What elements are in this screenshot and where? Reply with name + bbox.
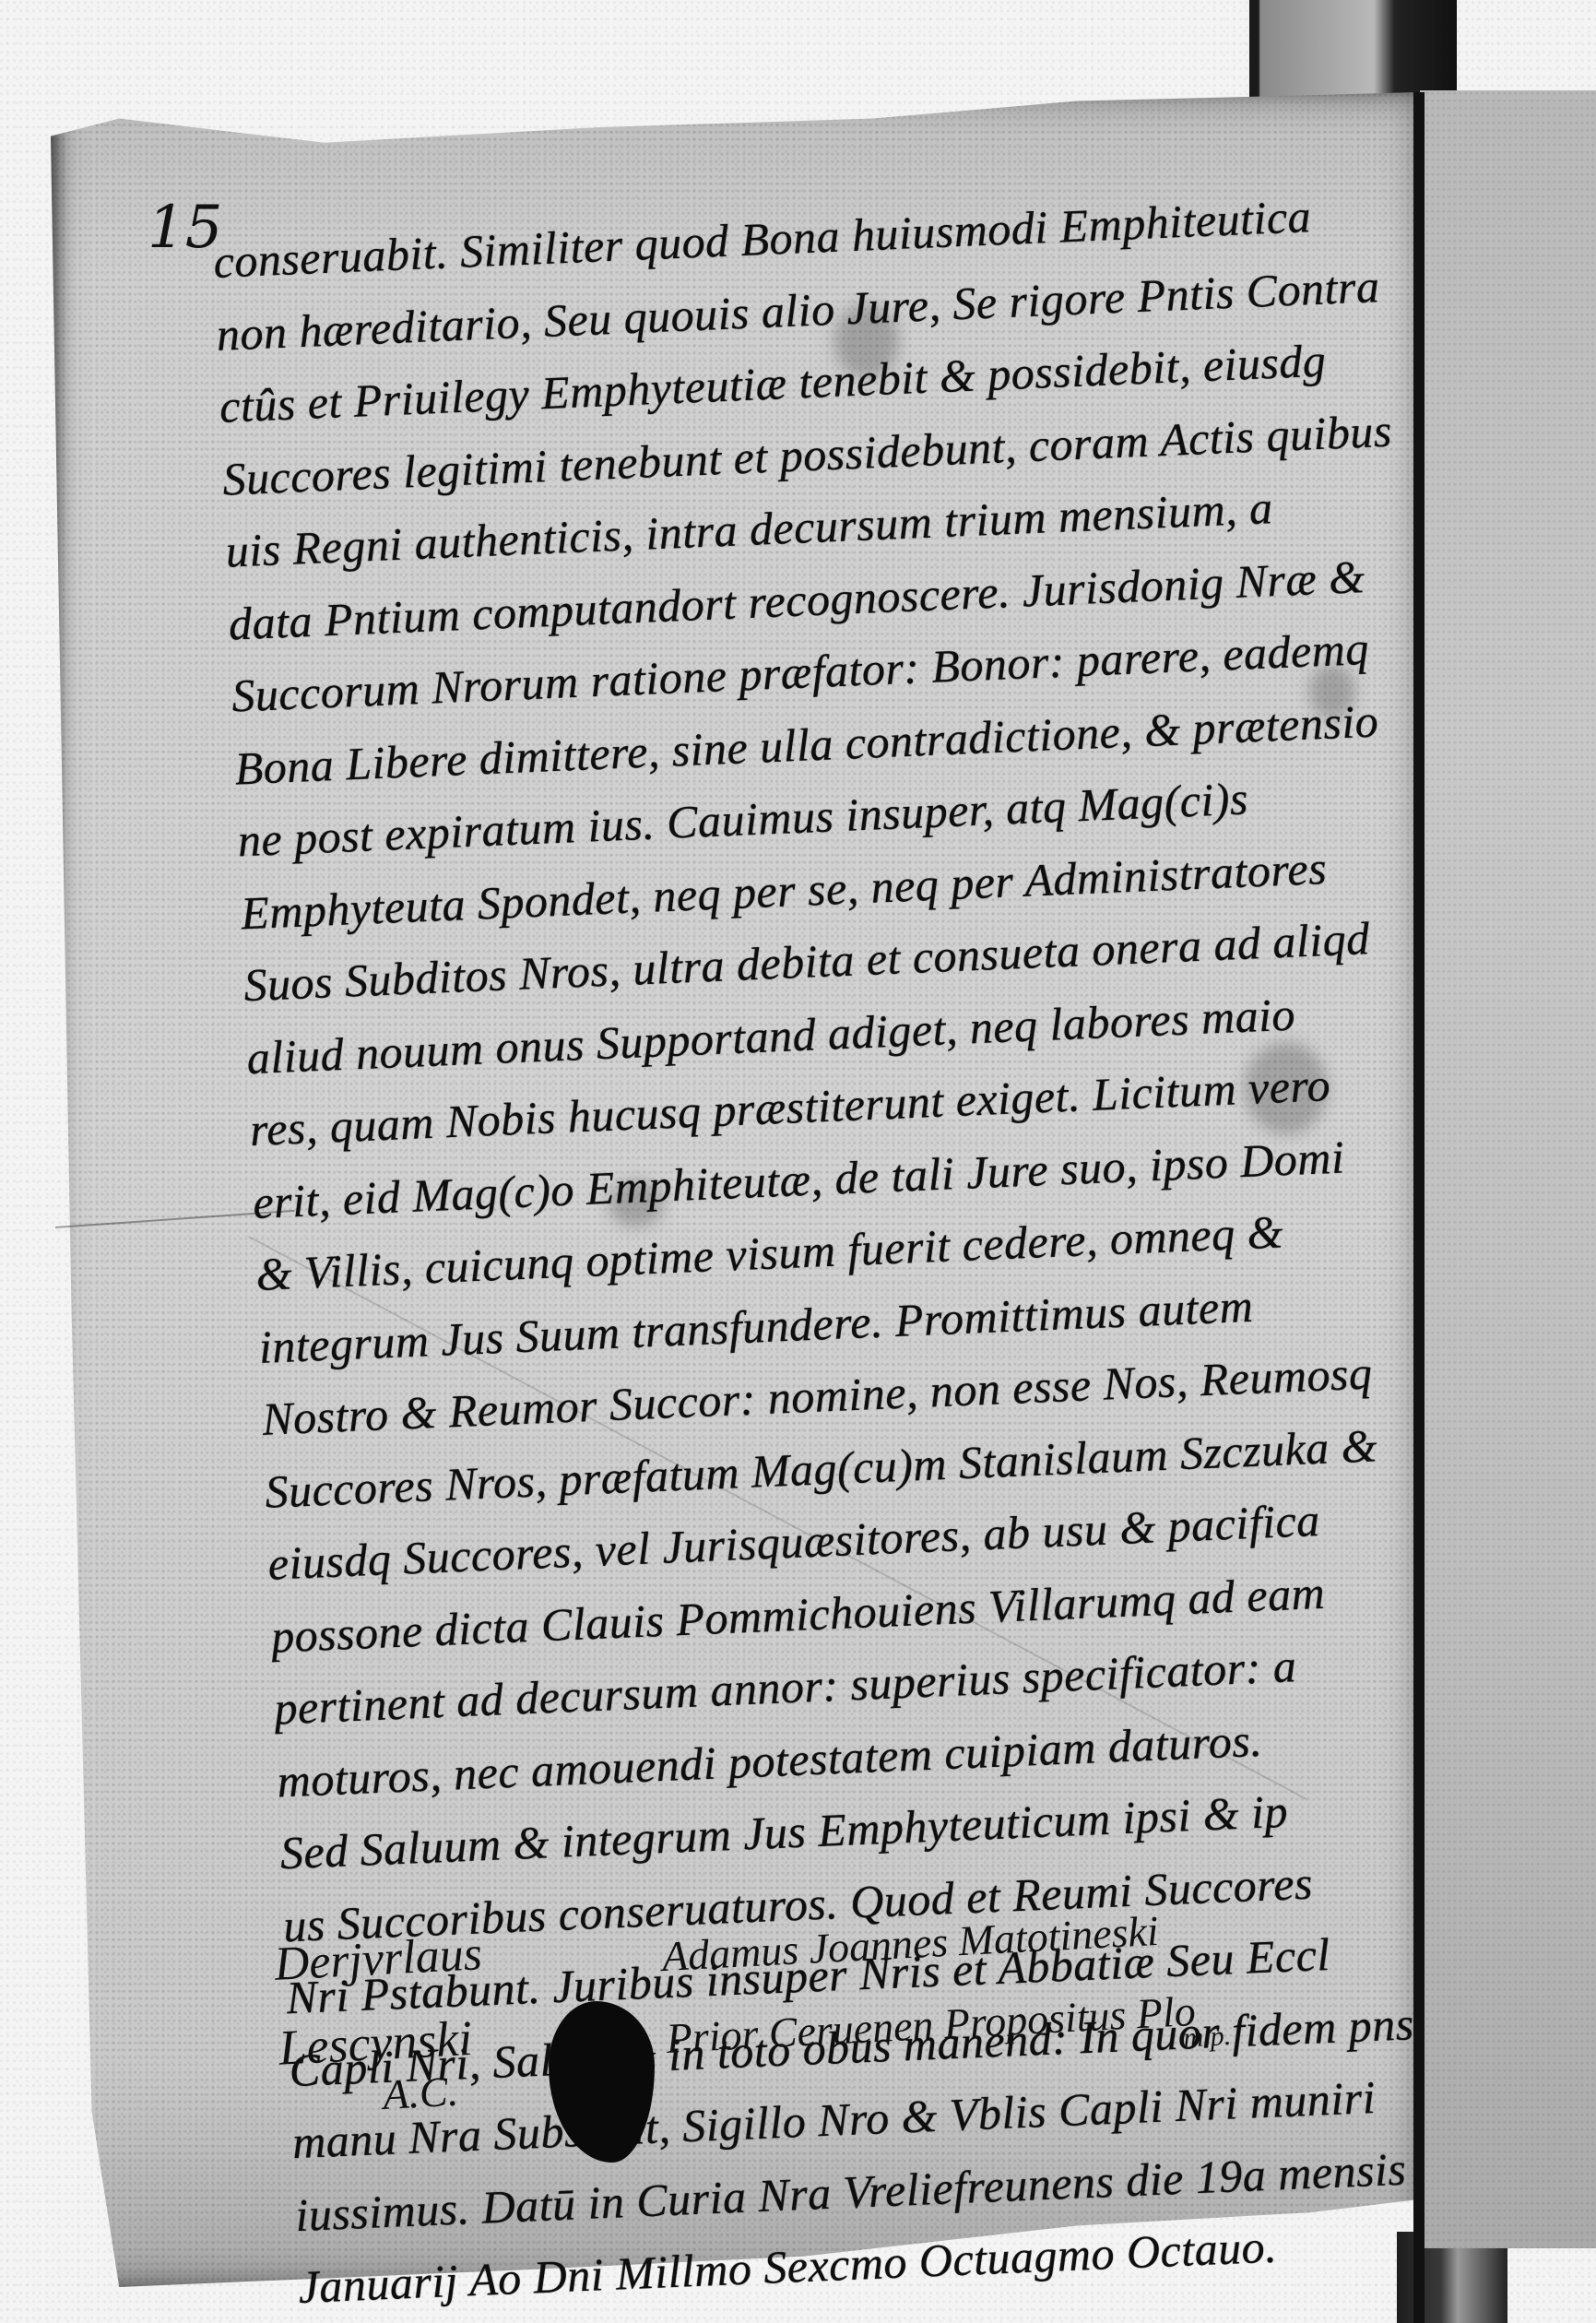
signature-left: Derjvrlaus Lescynski A.C. <box>273 1926 488 2077</box>
signature-right: Adamus Joannes Matotineski Prior Ceruene… <box>661 1904 1197 2063</box>
binding-strip-top <box>1249 0 1457 101</box>
signature-left-initials: A.C. <box>382 2067 459 2119</box>
signature-left-name: Derjvrlaus <box>273 1926 483 1992</box>
signature-right-mark: m.p. <box>1183 2021 1232 2055</box>
